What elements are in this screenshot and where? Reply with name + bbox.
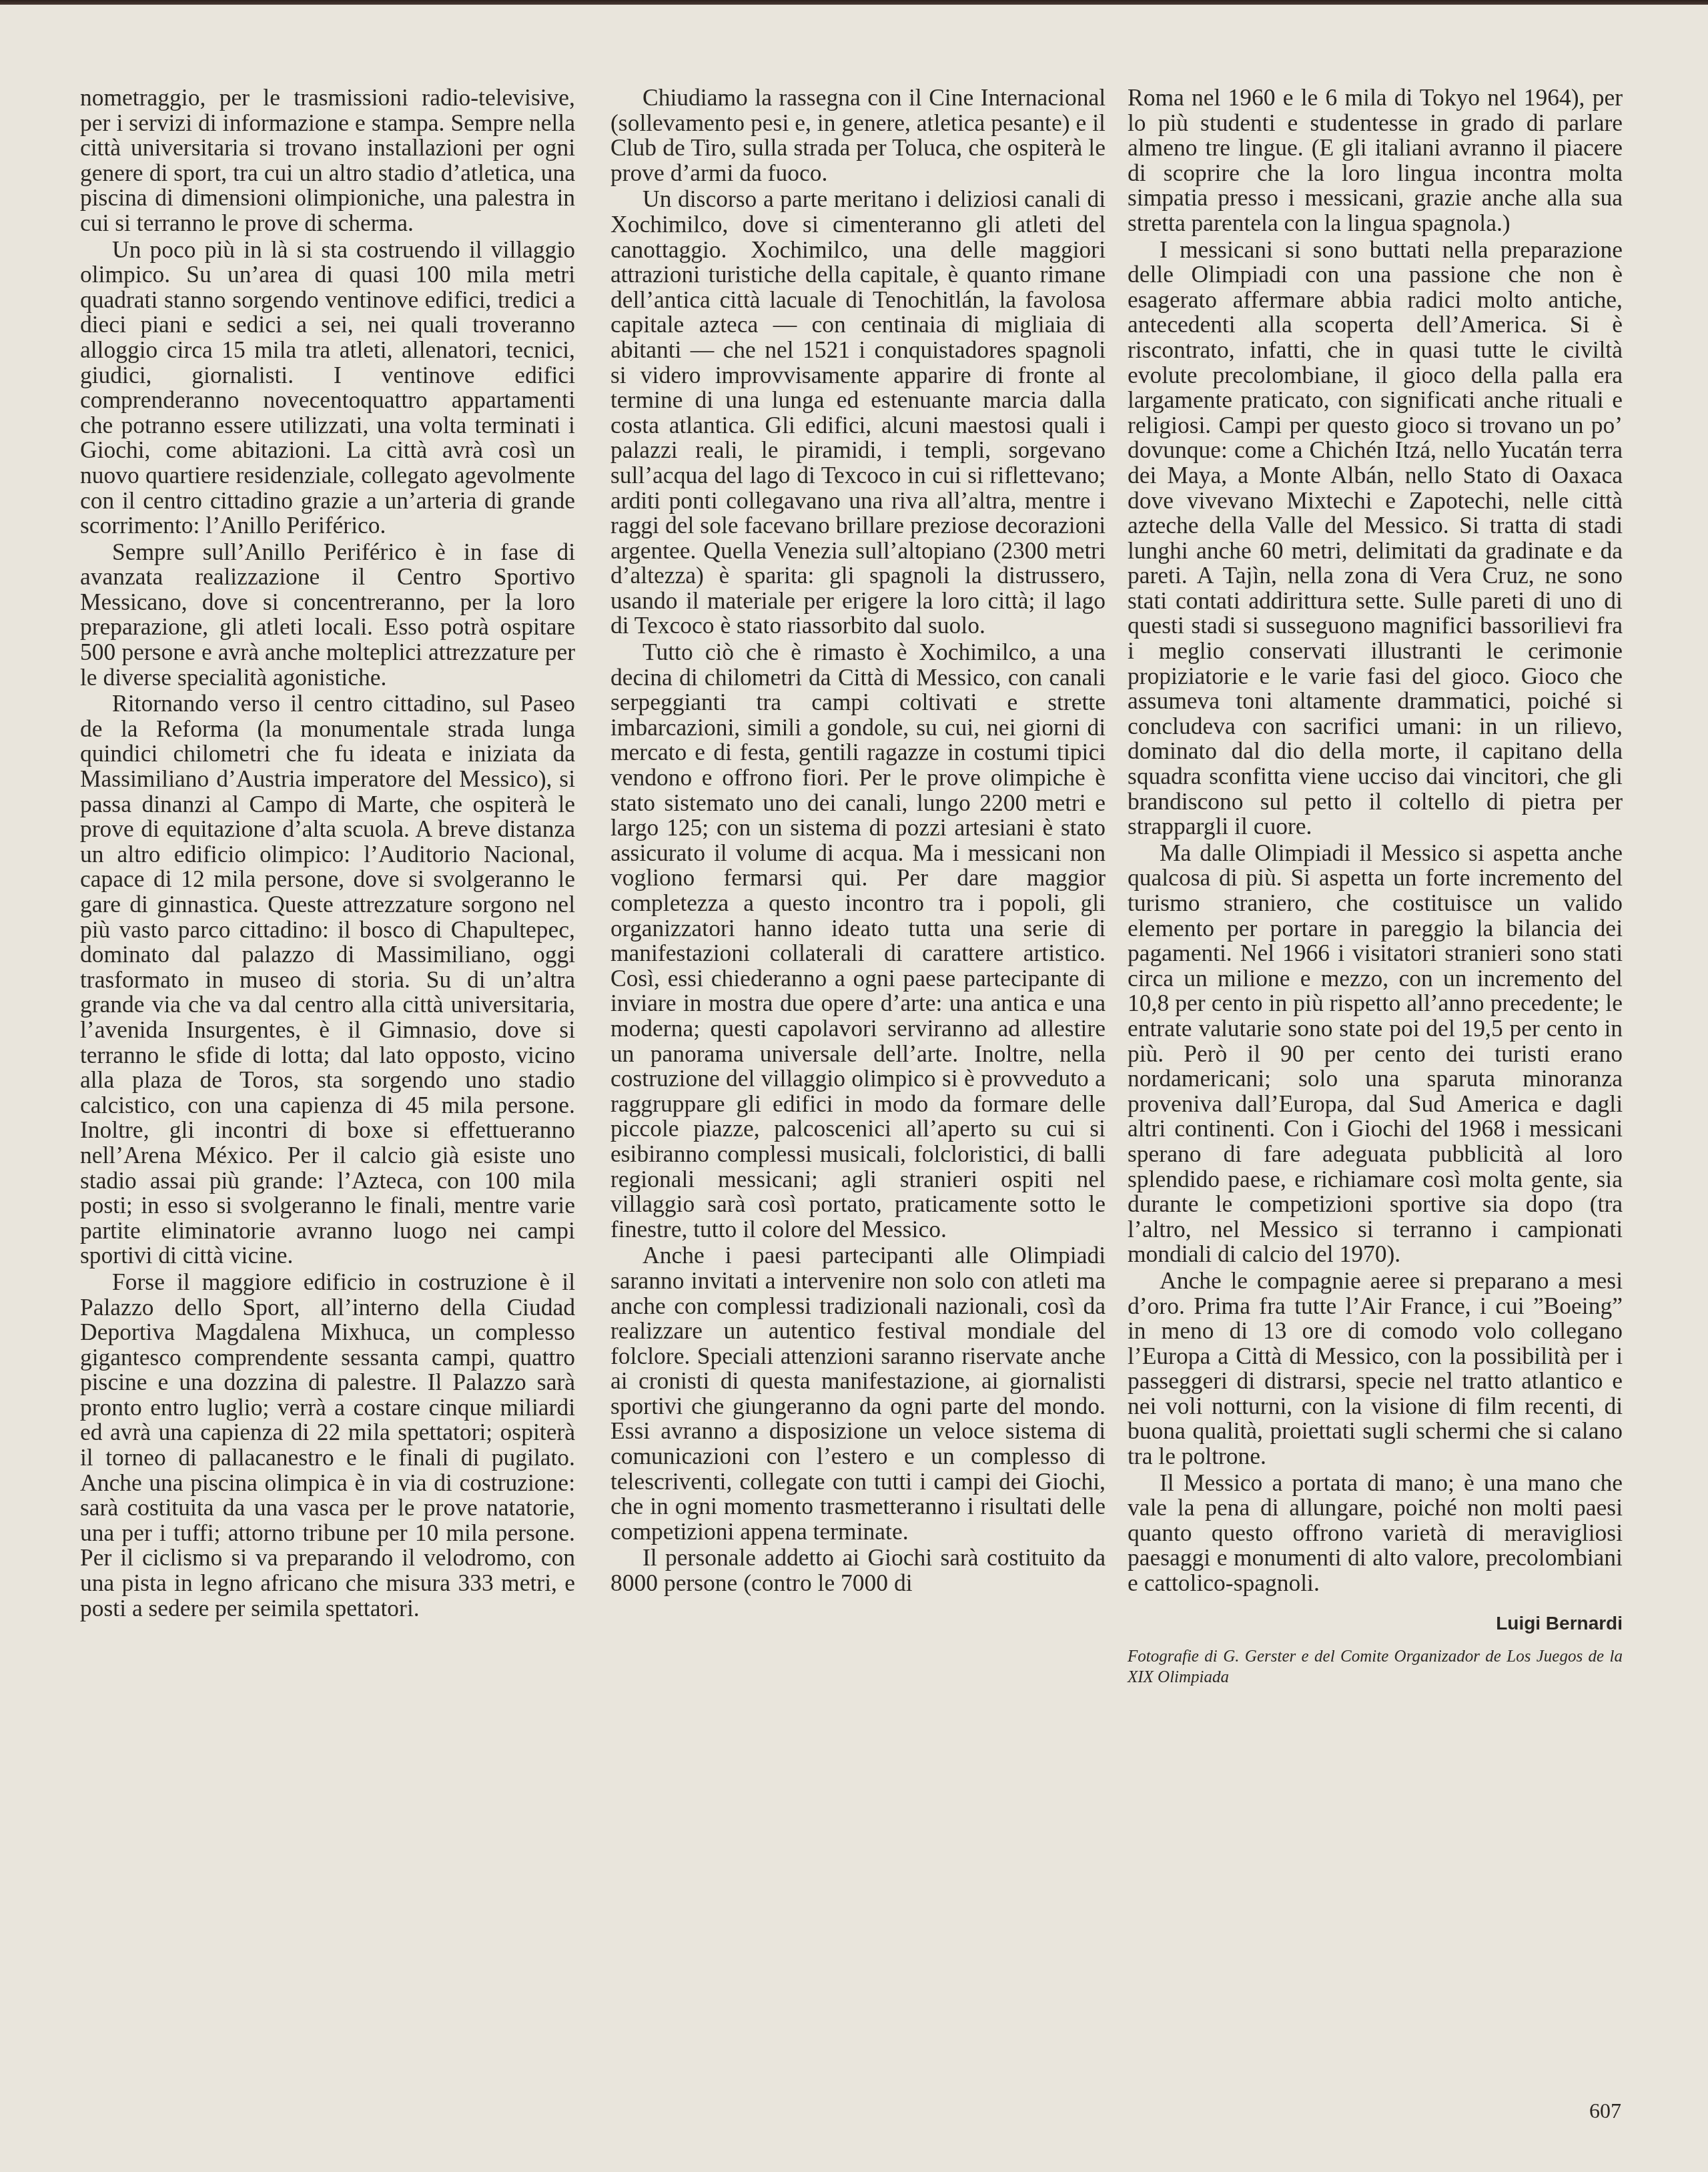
paragraph: I messicani si sono buttati nella prepar…: [1128, 238, 1623, 839]
article-column-3: Roma nel 1960 e le 6 mila di Tokyo nel 1…: [1128, 85, 1623, 1688]
paragraph: Forse il maggiore edificio in costruzion…: [80, 1270, 575, 1621]
paragraph: Anche i paesi partecipanti alle Olimpiad…: [610, 1243, 1106, 1544]
paragraph: Il Messico a portata di mano; è una mano…: [1128, 1471, 1623, 1596]
paragraph: Ma dalle Olimpiadi il Messico si aspetta…: [1128, 841, 1623, 1267]
paragraph: Il personale addetto ai Giochi sarà cost…: [610, 1545, 1106, 1595]
article-column-2: Chiudiamo la rassegna con il Cine Intern…: [610, 85, 1106, 1597]
page-number: 607: [1575, 2099, 1621, 2123]
paragraph: Chiudiamo la rassegna con il Cine Intern…: [610, 85, 1106, 186]
author-signature: Luigi Bernardi: [1128, 1611, 1623, 1636]
paragraph: Sempre sull’Anillo Periférico è in fase …: [80, 540, 575, 691]
page-top-edge-shadow: [0, 0, 1708, 5]
photo-credits: Fotografie di G. Gerster e del Comite Or…: [1128, 1646, 1623, 1688]
paragraph: nometraggio, per le trasmissioni radio-t…: [80, 85, 575, 236]
paragraph: Tutto ciò che è rimasto è Xochimilco, a …: [610, 640, 1106, 1242]
paragraph: Anche le compagnie aeree si preparano a …: [1128, 1269, 1623, 1469]
article-column-1: nometraggio, per le trasmissioni radio-t…: [80, 85, 575, 1622]
paragraph: Un discorso a parte meritano i deliziosi…: [610, 187, 1106, 639]
paragraph: Un poco più in là si sta costruendo il v…: [80, 238, 575, 538]
paragraph: Roma nel 1960 e le 6 mila di Tokyo nel 1…: [1128, 85, 1623, 236]
paragraph: Ritornando verso il centro cittadino, su…: [80, 691, 575, 1269]
